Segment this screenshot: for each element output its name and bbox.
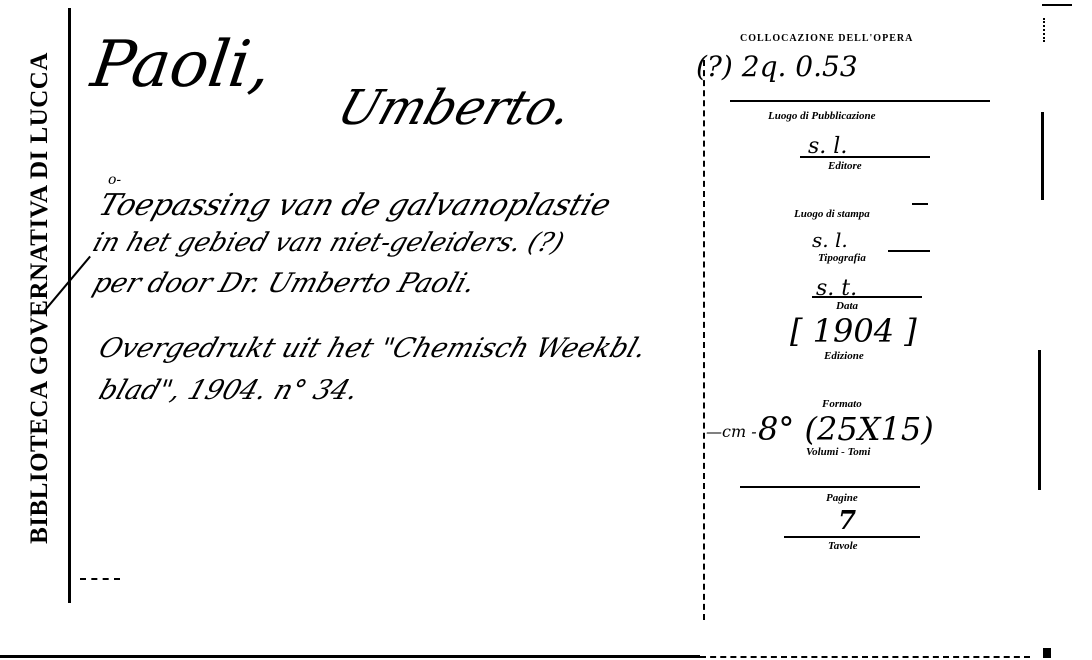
collocazione-value: (?) 2q. 0.53 [696,50,858,83]
field-label-tavole: Tavole [828,540,858,552]
right-panel-rule [703,60,705,620]
field-label-data: Data [836,300,858,312]
right-edge-rule-dash [1043,18,1045,42]
author-given-name: Umberto. [331,80,580,136]
field-value-edizione: [ 1904 ] [790,312,917,350]
title-line-2: in het gebied van niet-geleiders. (?) [89,228,568,258]
title-line-1: Toepassing van de galvanoplastie [94,188,615,223]
field-label-editore: Editore [828,160,862,172]
editore-line [800,156,930,158]
title-marker: o- [108,172,121,188]
left-margin-rule [68,8,71,603]
bottom-right-mark [1043,648,1051,658]
bottom-rule [0,655,700,658]
bottom-left-dash [80,578,120,580]
field-label-tipografia: Tipografia [818,252,866,264]
formato-prefix: —cm - [706,422,757,441]
collocazione-underline [730,100,990,102]
field-value-volumi: 8° (25X15) [758,410,934,448]
right-edge-top-mark [1042,4,1072,6]
author-surname: Paoli, [87,28,276,102]
collocazione-label: COLLOCAZIONE DELL'OPERA [740,33,913,44]
field-value-tavole: 7 [838,506,856,536]
field-label-luogo-pubblicazione: Luogo di Pubblicazione [768,110,876,122]
tipografia-line [888,250,930,252]
field-label-volumi: Volumi - Tomi [806,446,870,458]
bottom-rule-dashed [700,656,1030,658]
field-label-luogo-stampa: Luogo di stampa [794,208,870,220]
note-line-1: Overgedrukt uit het "Chemisch Weekbl. [95,333,650,364]
pagine-top-line [740,486,920,488]
title-line-3: per door Dr. Umberto Paoli. [89,268,479,299]
data-line [812,296,922,298]
note-line-2: blad", 1904. n° 34. [95,375,362,406]
field-label-pagine: Pagine [826,492,858,504]
luogo-stampa-line [912,203,928,205]
field-label-edizione: Edizione [824,350,864,362]
tavole-line [784,536,920,538]
right-edge-rule-top [1041,112,1044,200]
field-label-formato: Formato [822,398,862,410]
right-edge-rule-bottom [1038,350,1041,490]
field-value-tipografia: s. l. [812,228,848,252]
